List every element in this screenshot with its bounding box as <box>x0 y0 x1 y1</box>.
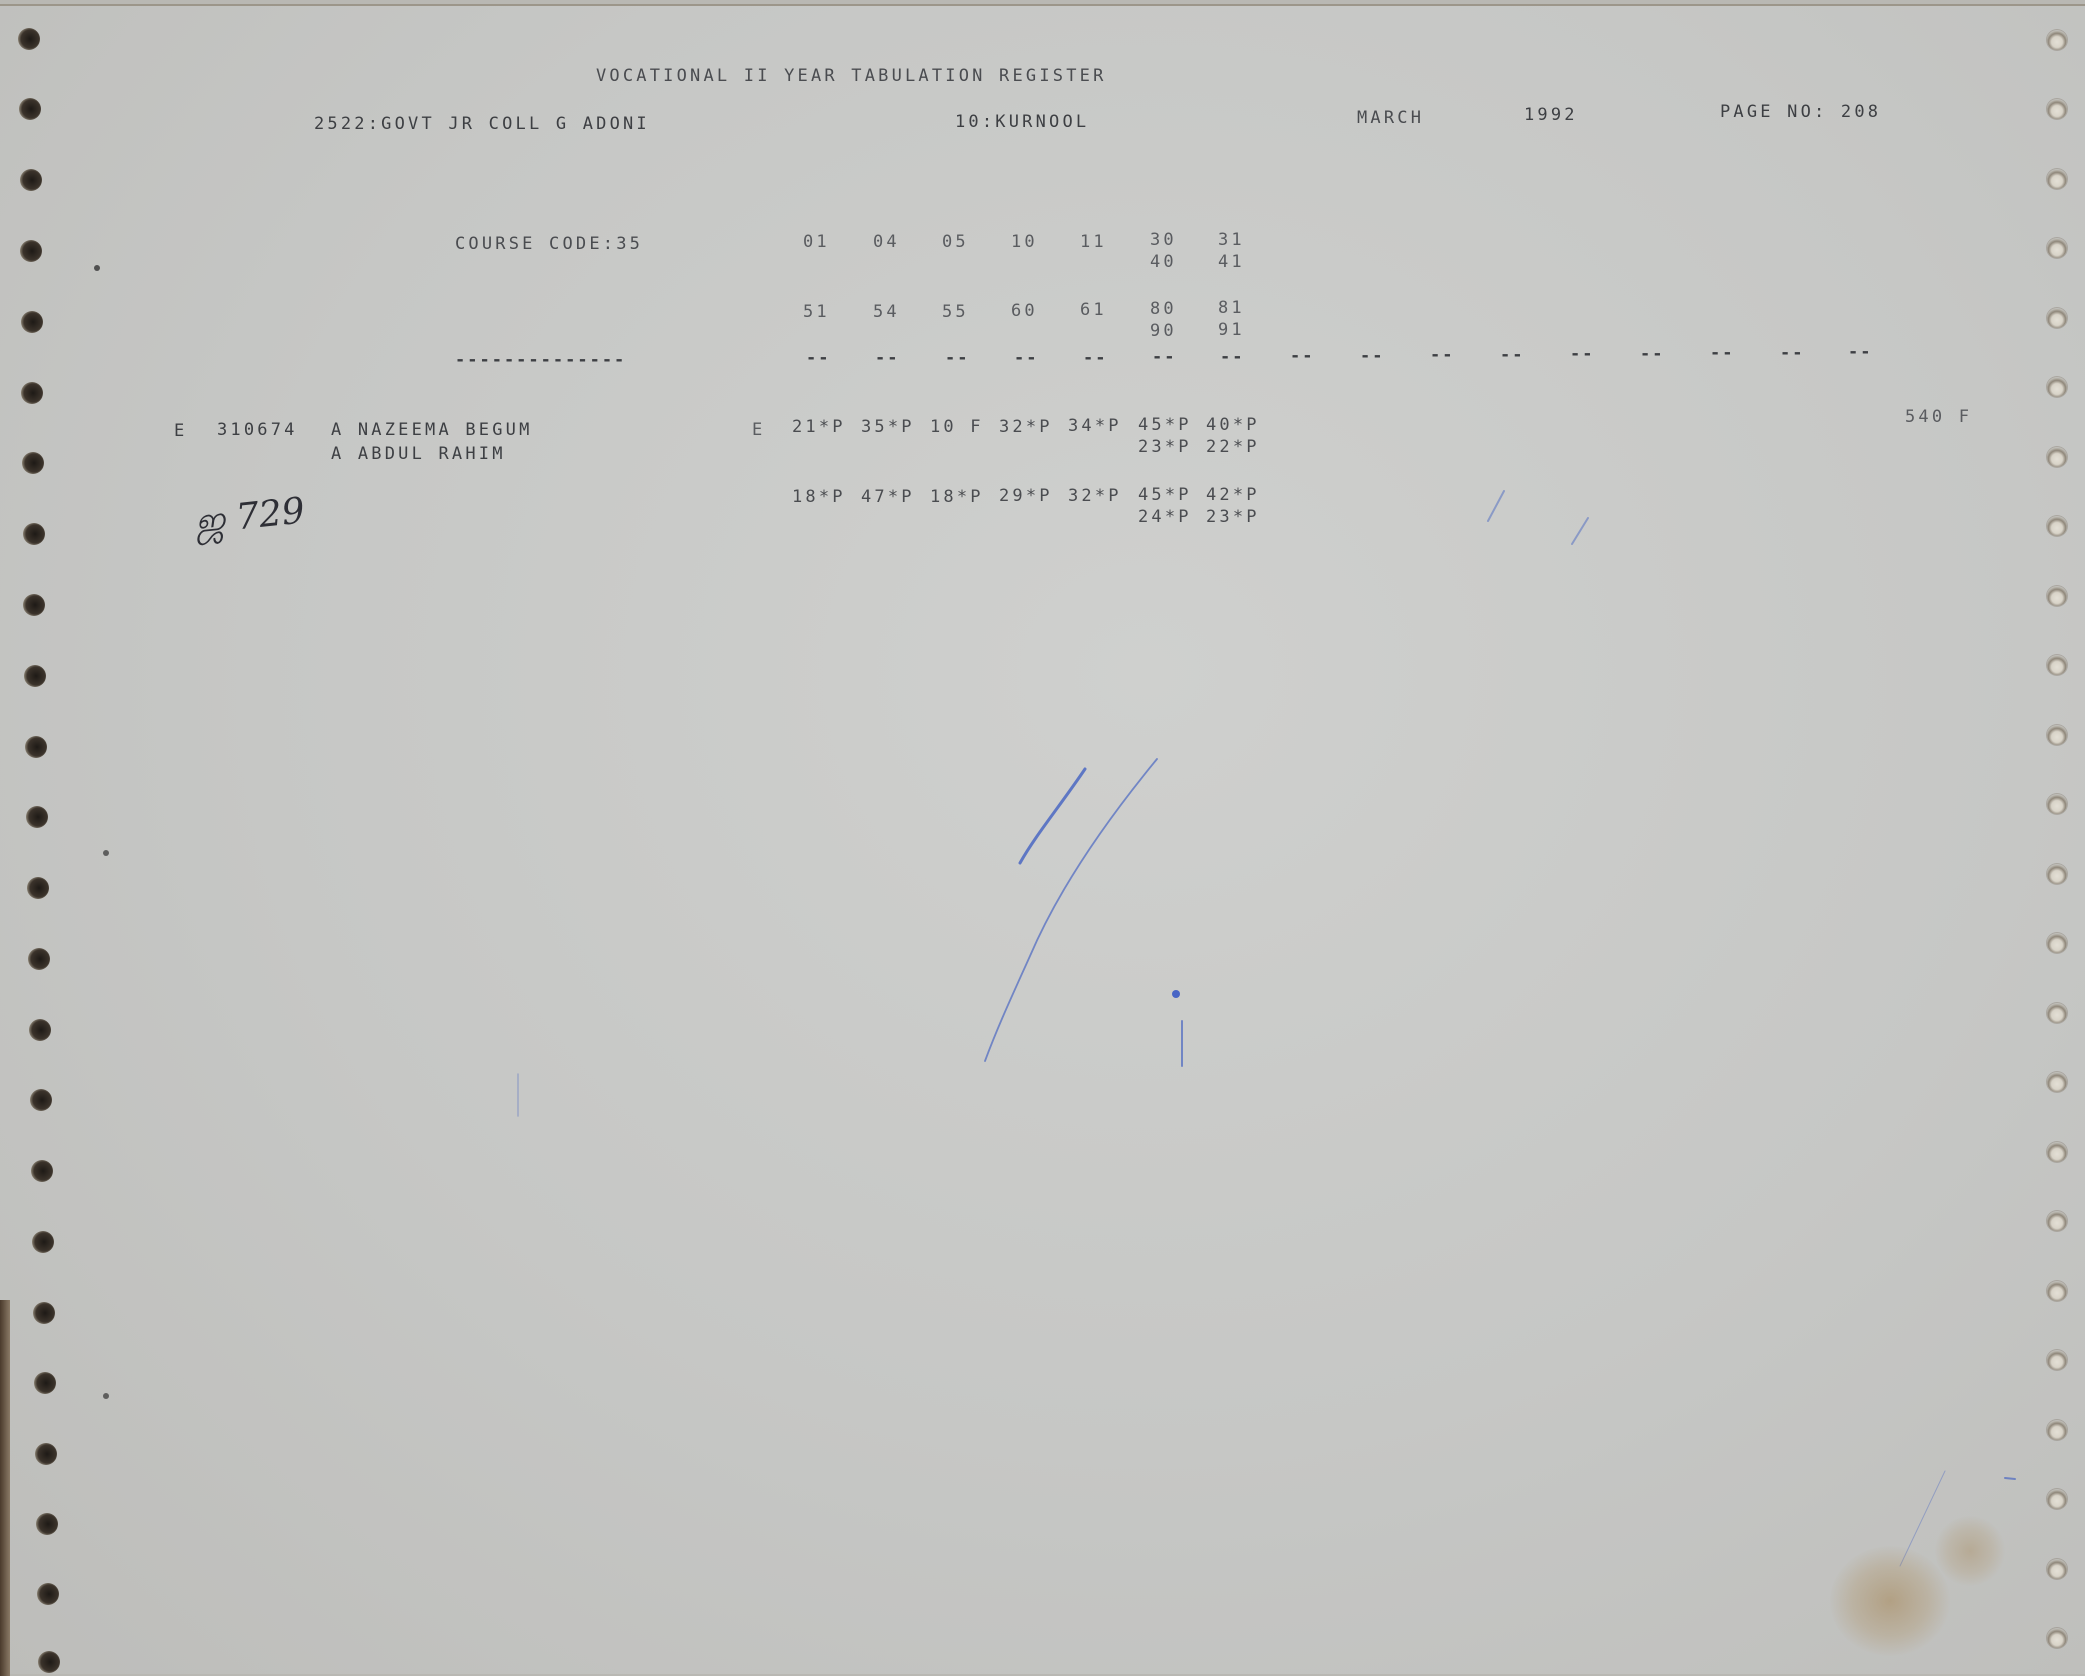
feed-hole-icon <box>26 806 48 828</box>
first-year-mark: 40*P <box>1206 417 1260 434</box>
parent-name: A ABDUL RAHIM <box>331 446 506 463</box>
subject-code: 54 <box>873 304 900 321</box>
district-code-name: 10:KURNOOL <box>955 114 1089 131</box>
subject-code: 30 <box>1150 232 1177 249</box>
total-result: 540 F <box>1905 409 1972 426</box>
stain-mark <box>1935 1516 2005 1586</box>
feed-hole-icon <box>2047 1072 2067 1092</box>
column-dash: -- <box>1152 349 1176 366</box>
column-dash: -- <box>1500 347 1524 364</box>
subject-code: 01 <box>803 234 830 251</box>
feed-hole-icon <box>2047 1628 2067 1648</box>
feed-hole-icon <box>35 1443 57 1465</box>
feed-hole-icon <box>2047 1281 2067 1301</box>
feed-hole-icon <box>2047 864 2067 884</box>
subject-sub-code: 40 <box>1150 254 1177 271</box>
column-dash: -- <box>875 350 899 367</box>
college-code-name: 2522:GOVT JR COLL G ADONI <box>314 116 650 133</box>
feed-hole-icon <box>2047 377 2067 397</box>
column-dash: -- <box>945 350 969 367</box>
first-year-mark: 10 F <box>930 419 984 436</box>
second-year-sub-mark: 24*P <box>1138 509 1192 526</box>
column-dash: -- <box>1220 349 1244 366</box>
feed-hole-icon <box>2047 933 2067 953</box>
feed-hole-icon <box>38 1651 60 1673</box>
feed-hole-icon <box>2047 169 2067 189</box>
candidate-category: E <box>174 423 187 440</box>
column-dash: -- <box>1710 345 1734 362</box>
feed-hole-icon <box>2047 1420 2067 1440</box>
column-dash: -- <box>1360 348 1384 365</box>
second-year-sub-mark: 23*P <box>1206 509 1260 526</box>
column-dash: -- <box>806 350 830 367</box>
course-underline: -------------- <box>455 352 626 369</box>
desk-edge-shadow <box>0 1300 10 1676</box>
feed-hole-icon <box>21 311 43 333</box>
handwritten-note: ஜ 729 <box>193 490 307 547</box>
subject-code: 04 <box>873 234 900 251</box>
subject-code: 61 <box>1080 302 1107 319</box>
column-dash: -- <box>1780 345 1804 362</box>
subject-sub-code: 41 <box>1218 254 1245 271</box>
feed-hole-icon <box>19 98 41 120</box>
column-dash: -- <box>1430 347 1454 364</box>
subject-code: 31 <box>1218 232 1245 249</box>
feed-hole-icon <box>31 1160 53 1182</box>
feed-hole-icon <box>2047 586 2067 606</box>
feed-hole-icon <box>2047 1489 2067 1509</box>
subject-code: 05 <box>942 234 969 251</box>
candidate-name: A NAZEEMA BEGUM <box>331 422 533 439</box>
course-code-label: COURSE CODE:35 <box>455 236 643 253</box>
feed-hole-icon <box>2047 794 2067 814</box>
feed-hole-icon <box>36 1513 58 1535</box>
feed-hole-icon <box>2047 238 2067 258</box>
feed-hole-icon <box>2047 1003 2067 1023</box>
feed-hole-icon <box>32 1231 54 1253</box>
feed-hole-icon <box>2047 1350 2067 1370</box>
feed-hole-icon <box>2047 99 2067 119</box>
first-year-mark: 32*P <box>999 419 1053 436</box>
feed-hole-icon <box>2047 655 2067 675</box>
feed-hole-icon <box>2047 308 2067 328</box>
feed-hole-icon <box>23 523 45 545</box>
feed-hole-icon <box>2047 1559 2067 1579</box>
second-year-mark: 29*P <box>999 488 1053 505</box>
second-year-mark: 47*P <box>861 489 915 506</box>
column-dash: -- <box>1848 344 1872 361</box>
feed-hole-icon <box>23 594 45 616</box>
feed-hole-icon <box>2047 1142 2067 1162</box>
second-year-mark: 45*P <box>1138 487 1192 504</box>
feed-hole-icon <box>2047 1211 2067 1231</box>
feed-hole-icon <box>37 1583 59 1605</box>
feed-hole-icon <box>20 169 42 191</box>
first-year-mark: 21*P <box>792 419 846 436</box>
column-dash: -- <box>1640 346 1664 363</box>
feed-hole-icon <box>2047 30 2067 50</box>
report-title: VOCATIONAL II YEAR TABULATION REGISTER <box>596 68 1107 85</box>
second-year-mark: 42*P <box>1206 487 1260 504</box>
first-year-sub-mark: 23*P <box>1138 439 1192 456</box>
feed-hole-icon <box>18 28 40 50</box>
pen-marks <box>0 6 2085 1676</box>
exam-year: 1992 <box>1524 107 1578 124</box>
feed-hole-icon <box>33 1302 55 1324</box>
second-year-mark: 32*P <box>1068 488 1122 505</box>
feed-hole-icon <box>30 1089 52 1111</box>
page-number: PAGE NO: 208 <box>1720 104 1881 121</box>
feed-hole-icon <box>29 1019 51 1041</box>
first-year-mark: 34*P <box>1068 418 1122 435</box>
feed-hole-icon <box>20 240 42 262</box>
subject-sub-code: 90 <box>1150 323 1177 340</box>
feed-hole-icon <box>21 382 43 404</box>
subject-code: 60 <box>1011 303 1038 320</box>
subject-code: 10 <box>1011 234 1038 251</box>
second-year-mark: 18*P <box>930 489 984 506</box>
first-year-mark: 45*P <box>1138 417 1192 434</box>
feed-hole-icon <box>22 452 44 474</box>
feed-hole-icon <box>2047 725 2067 745</box>
feed-hole-icon <box>34 1372 56 1394</box>
second-year-mark: 18*P <box>792 489 846 506</box>
column-dash: -- <box>1014 350 1038 367</box>
feed-hole-icon <box>2047 447 2067 467</box>
subject-code: 80 <box>1150 301 1177 318</box>
subject-code: 11 <box>1080 234 1107 251</box>
first-year-mark: 35*P <box>861 419 915 436</box>
exam-month: MARCH <box>1357 110 1424 127</box>
feed-hole-icon <box>2047 516 2067 536</box>
feed-hole-icon <box>28 948 50 970</box>
column-dash: -- <box>1290 348 1314 365</box>
subject-code: 55 <box>942 304 969 321</box>
subject-code: 51 <box>803 304 830 321</box>
subject-sub-code: 91 <box>1218 322 1245 339</box>
column-dash: -- <box>1570 346 1594 363</box>
column-dash: -- <box>1083 350 1107 367</box>
feed-hole-icon <box>24 665 46 687</box>
first-year-sub-mark: 22*P <box>1206 439 1260 456</box>
medium-code: E <box>752 422 765 439</box>
hall-ticket-number: 310674 <box>217 422 298 439</box>
stain-mark <box>1830 1546 1950 1656</box>
subject-code: 81 <box>1218 300 1245 317</box>
tractor-feed-paper-sheet: VOCATIONAL II YEAR TABULATION REGISTER 2… <box>0 4 2085 1674</box>
feed-hole-icon <box>27 877 49 899</box>
feed-hole-icon <box>25 736 47 758</box>
